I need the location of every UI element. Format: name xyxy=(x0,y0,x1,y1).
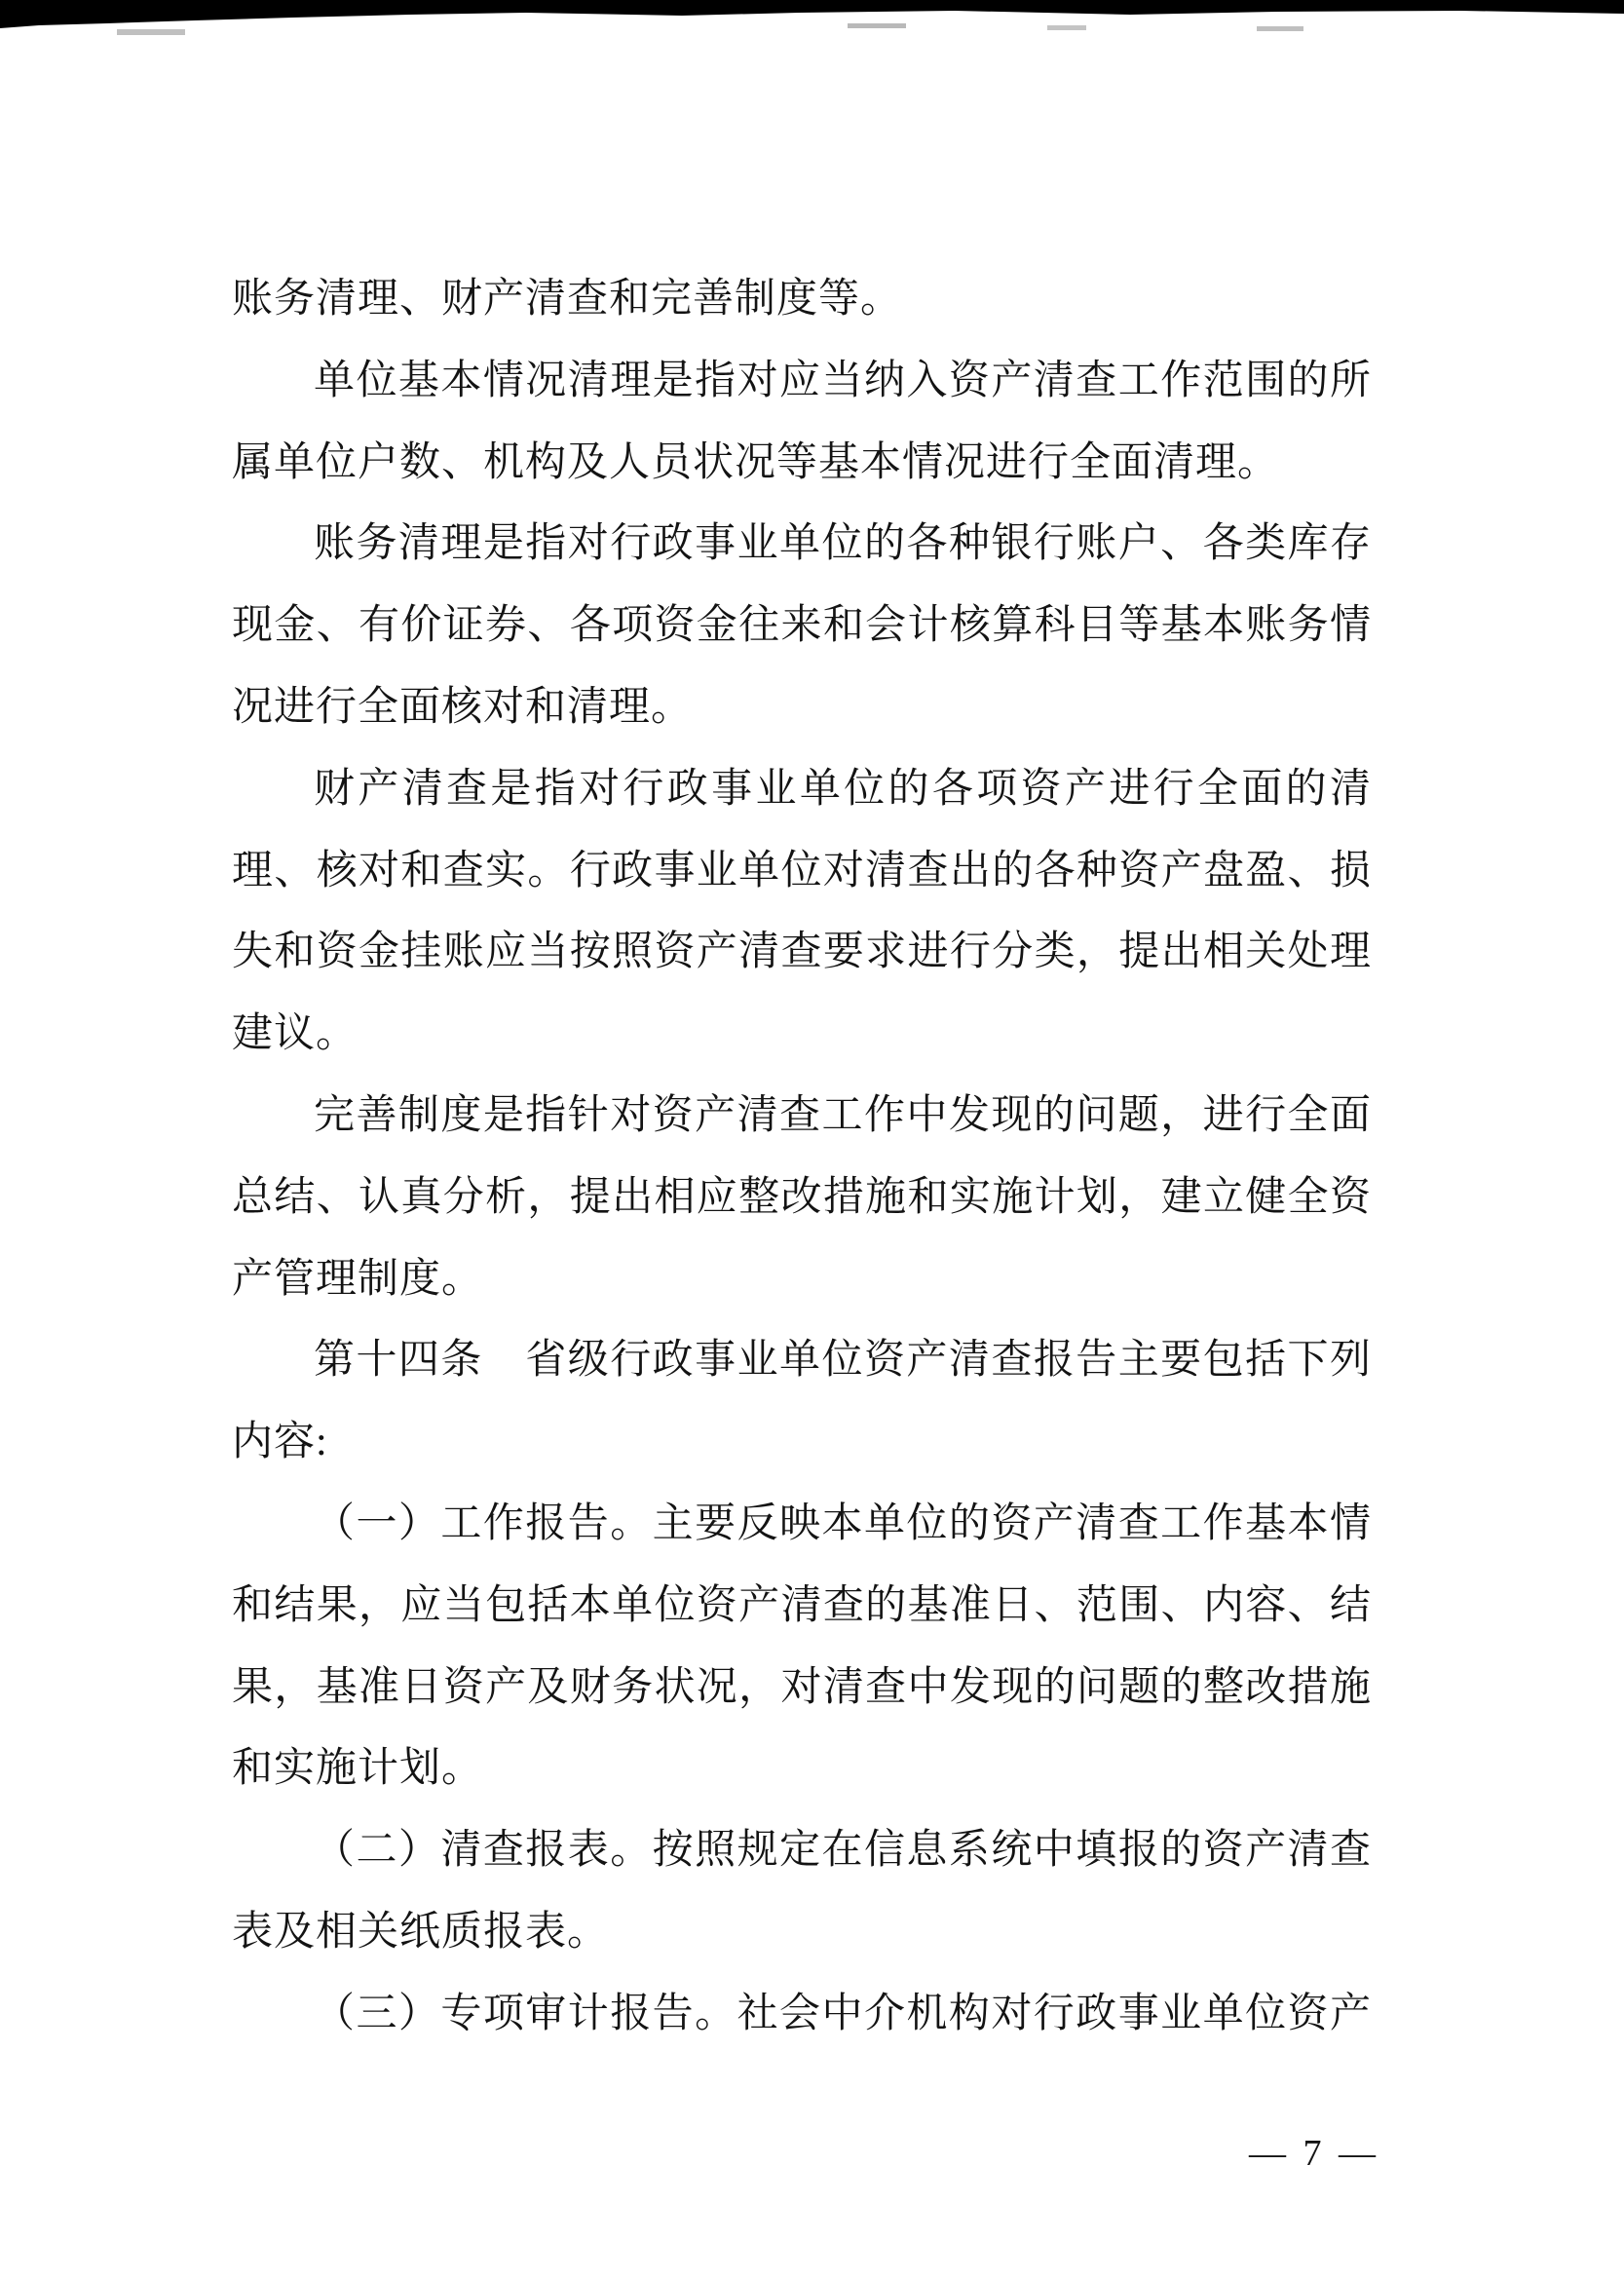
text-line: （一）工作报告。主要反映本单位的资产清查工作基本情况 xyxy=(232,1484,1372,1566)
scan-artifact-top-edge xyxy=(0,0,1624,41)
text-line: 表及相关纸质报表。 xyxy=(232,1892,1372,1974)
text-line: 和实施计划。 xyxy=(232,1728,1372,1810)
text-line: 内容: xyxy=(232,1402,1372,1484)
text-line: 产管理制度。 xyxy=(232,1239,1372,1321)
page-number: — 7 — xyxy=(1249,2128,1379,2179)
text-line: 建议。 xyxy=(232,994,1372,1076)
text-line: 账务清理是指对行政事业单位的各种银行账户、各类库存 xyxy=(232,504,1372,586)
text-line: 果，基准日资产及财务状况，对清查中发现的问题的整改措施 xyxy=(232,1648,1372,1729)
text-line: （三）专项审计报告。社会中介机构对行政事业单位资产清 xyxy=(232,1974,1372,2056)
text-line: 和结果，应当包括本单位资产清查的基准日、范围、内容、结 xyxy=(232,1566,1372,1648)
text-line: 理、核对和查实。行政事业单位对清查出的各种资产盘盈、损 xyxy=(232,831,1372,913)
text-line: 单位基本情况清理是指对应当纳入资产清查工作范围的所 xyxy=(232,341,1372,423)
text-line: 况进行全面核对和清理。 xyxy=(232,667,1372,749)
text-line: 失和资金挂账应当按照资产清查要求进行分类，提出相关处理 xyxy=(232,912,1372,994)
text-line: 财产清查是指对行政事业单位的各项资产进行全面的清 xyxy=(232,749,1372,831)
document-page: 账务清理、财产清查和完善制度等。 单位基本情况清理是指对应当纳入资产清查工作范围… xyxy=(0,0,1624,2279)
text-line: 现金、有价证券、各项资金往来和会计核算科目等基本账务情 xyxy=(232,586,1372,667)
text-line: 完善制度是指针对资产清查工作中发现的问题，进行全面 xyxy=(232,1076,1372,1158)
text-line: 账务清理、财产清查和完善制度等。 xyxy=(232,259,1372,341)
text-line: 总结、认真分析，提出相应整改措施和实施计划，建立健全资 xyxy=(232,1158,1372,1239)
text-line: 属单位户数、机构及人员状况等基本情况进行全面清理。 xyxy=(232,423,1372,505)
text-line: （二）清查报表。按照规定在信息系统中填报的资产清查报 xyxy=(232,1810,1372,1892)
body-text: 账务清理、财产清查和完善制度等。 单位基本情况清理是指对应当纳入资产清查工作范围… xyxy=(232,259,1372,2056)
text-line: 第十四条 省级行政事业单位资产清查报告主要包括下列 xyxy=(232,1320,1372,1402)
